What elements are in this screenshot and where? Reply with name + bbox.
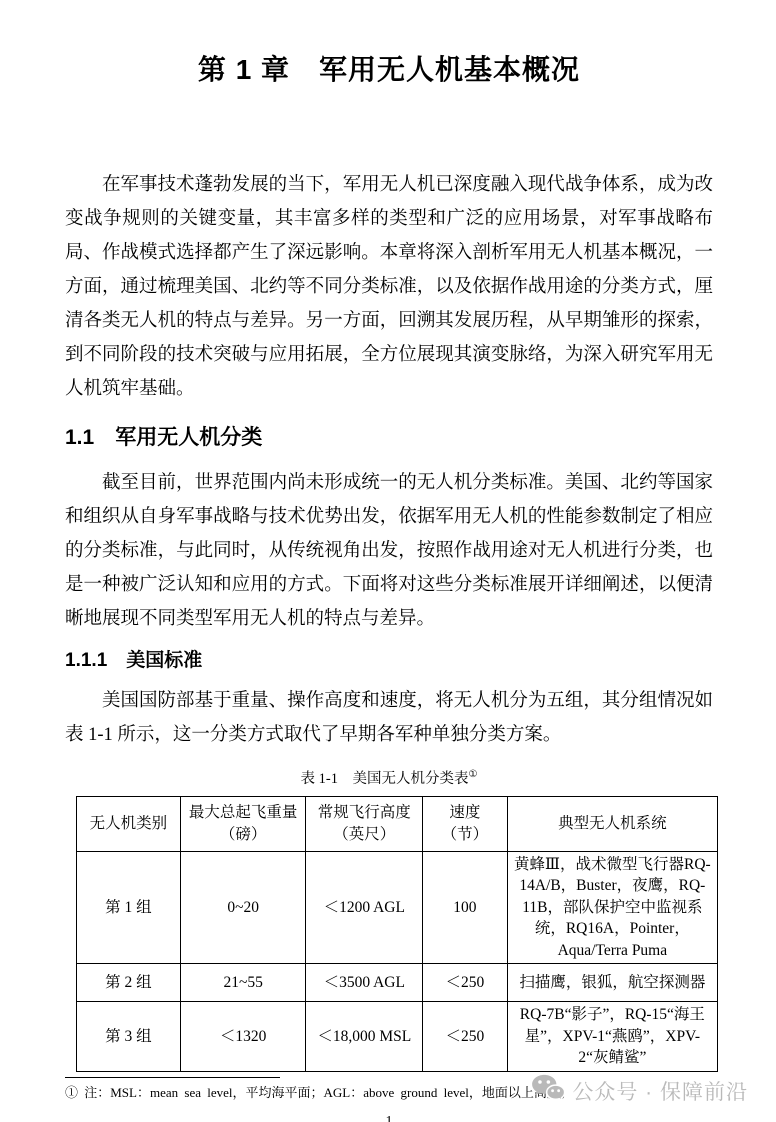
chapter-title: 第 1 章 军用无人机基本概况 (65, 46, 713, 94)
cell-group1-class: 第 1 组 (77, 851, 181, 964)
section-1-1-1-heading: 1.1.1 美国标准 (65, 646, 713, 676)
wechat-icon (531, 1074, 565, 1108)
cell-group3-systems: RQ-7B“影子”，RQ-15“海王星”，XPV-1“燕鸥”，XPV-2“灰鲭鲨… (507, 1002, 717, 1072)
cell-group2-speed: ＜250 (423, 964, 508, 1002)
watermark: 公众号 · 保障前沿 (531, 1074, 748, 1108)
cell-group2-weight: 21~55 (180, 964, 306, 1002)
cell-group3-class: 第 3 组 (77, 1002, 181, 1072)
cell-group3-speed: ＜250 (423, 1002, 508, 1072)
uav-classification-table: 无人机类别 最大总起飞重量（磅） 常规飞行高度（英尺） 速度（节） 典型无人机系… (76, 796, 718, 1072)
cell-group1-weight: 0~20 (180, 851, 306, 964)
cell-group1-speed: 100 (423, 851, 508, 964)
table-row-group1: 第 1 组 0~20 ＜1200 AGL 100 黄蜂Ⅲ，战术微型飞行器RQ-1… (77, 851, 718, 964)
table-caption: 表 1-1 美国无人机分类表① (65, 765, 713, 789)
table-caption-text: 表 1-1 美国无人机分类表 (301, 771, 469, 787)
header-normal-altitude: 常规飞行高度（英尺） (306, 796, 423, 851)
section-1-1-paragraph: 截至目前，世界范围内尚未形成统一的无人机分类标准。美国、北约等国家和组织从自身军… (65, 466, 713, 636)
cell-group2-systems: 扫描鹰，银狐，航空探测器 (507, 964, 717, 1002)
cell-group2-altitude: ＜3500 AGL (306, 964, 423, 1002)
header-speed: 速度（节） (423, 796, 508, 851)
section-1-1-1-paragraph: 美国国防部基于重量、操作高度和速度，将无人机分为五组，其分组情况如表 1-1 所… (65, 684, 713, 752)
table-header-row: 无人机类别 最大总起飞重量（磅） 常规飞行高度（英尺） 速度（节） 典型无人机系… (77, 796, 718, 851)
header-max-takeoff-weight: 最大总起飞重量（磅） (180, 796, 306, 851)
cell-group3-altitude: ＜18,000 MSL (306, 1002, 423, 1072)
cell-group3-weight: ＜1320 (180, 1002, 306, 1072)
table-caption-footnote-marker: ① (468, 769, 477, 780)
table-row-group3: 第 3 组 ＜1320 ＜18,000 MSL ＜250 RQ-7B“影子”，R… (77, 1002, 718, 1072)
document-page: 第 1 章 军用无人机基本概况 在军事技术蓬勃发展的当下，军用无人机已深度融入现… (0, 0, 776, 1122)
page-number: 1 (65, 1114, 713, 1122)
section-1-1-heading: 1.1 军用无人机分类 (65, 422, 713, 454)
header-typical-systems: 典型无人机系统 (507, 796, 717, 851)
cell-group1-systems: 黄蜂Ⅲ，战术微型飞行器RQ-14A/B，Buster，夜鹰，RQ-11B，部队保… (507, 851, 717, 964)
table-row-group2: 第 2 组 21~55 ＜3500 AGL ＜250 扫描鹰，银狐，航空探测器 (77, 964, 718, 1002)
watermark-text: 公众号 · 保障前沿 (572, 1076, 748, 1106)
intro-paragraph: 在军事技术蓬勃发展的当下，军用无人机已深度融入现代战争体系，成为改变战争规则的关… (65, 168, 713, 406)
header-uav-class: 无人机类别 (77, 796, 181, 851)
cell-group2-class: 第 2 组 (77, 964, 181, 1002)
footnote-separator (65, 1077, 280, 1078)
cell-group1-altitude: ＜1200 AGL (306, 851, 423, 964)
